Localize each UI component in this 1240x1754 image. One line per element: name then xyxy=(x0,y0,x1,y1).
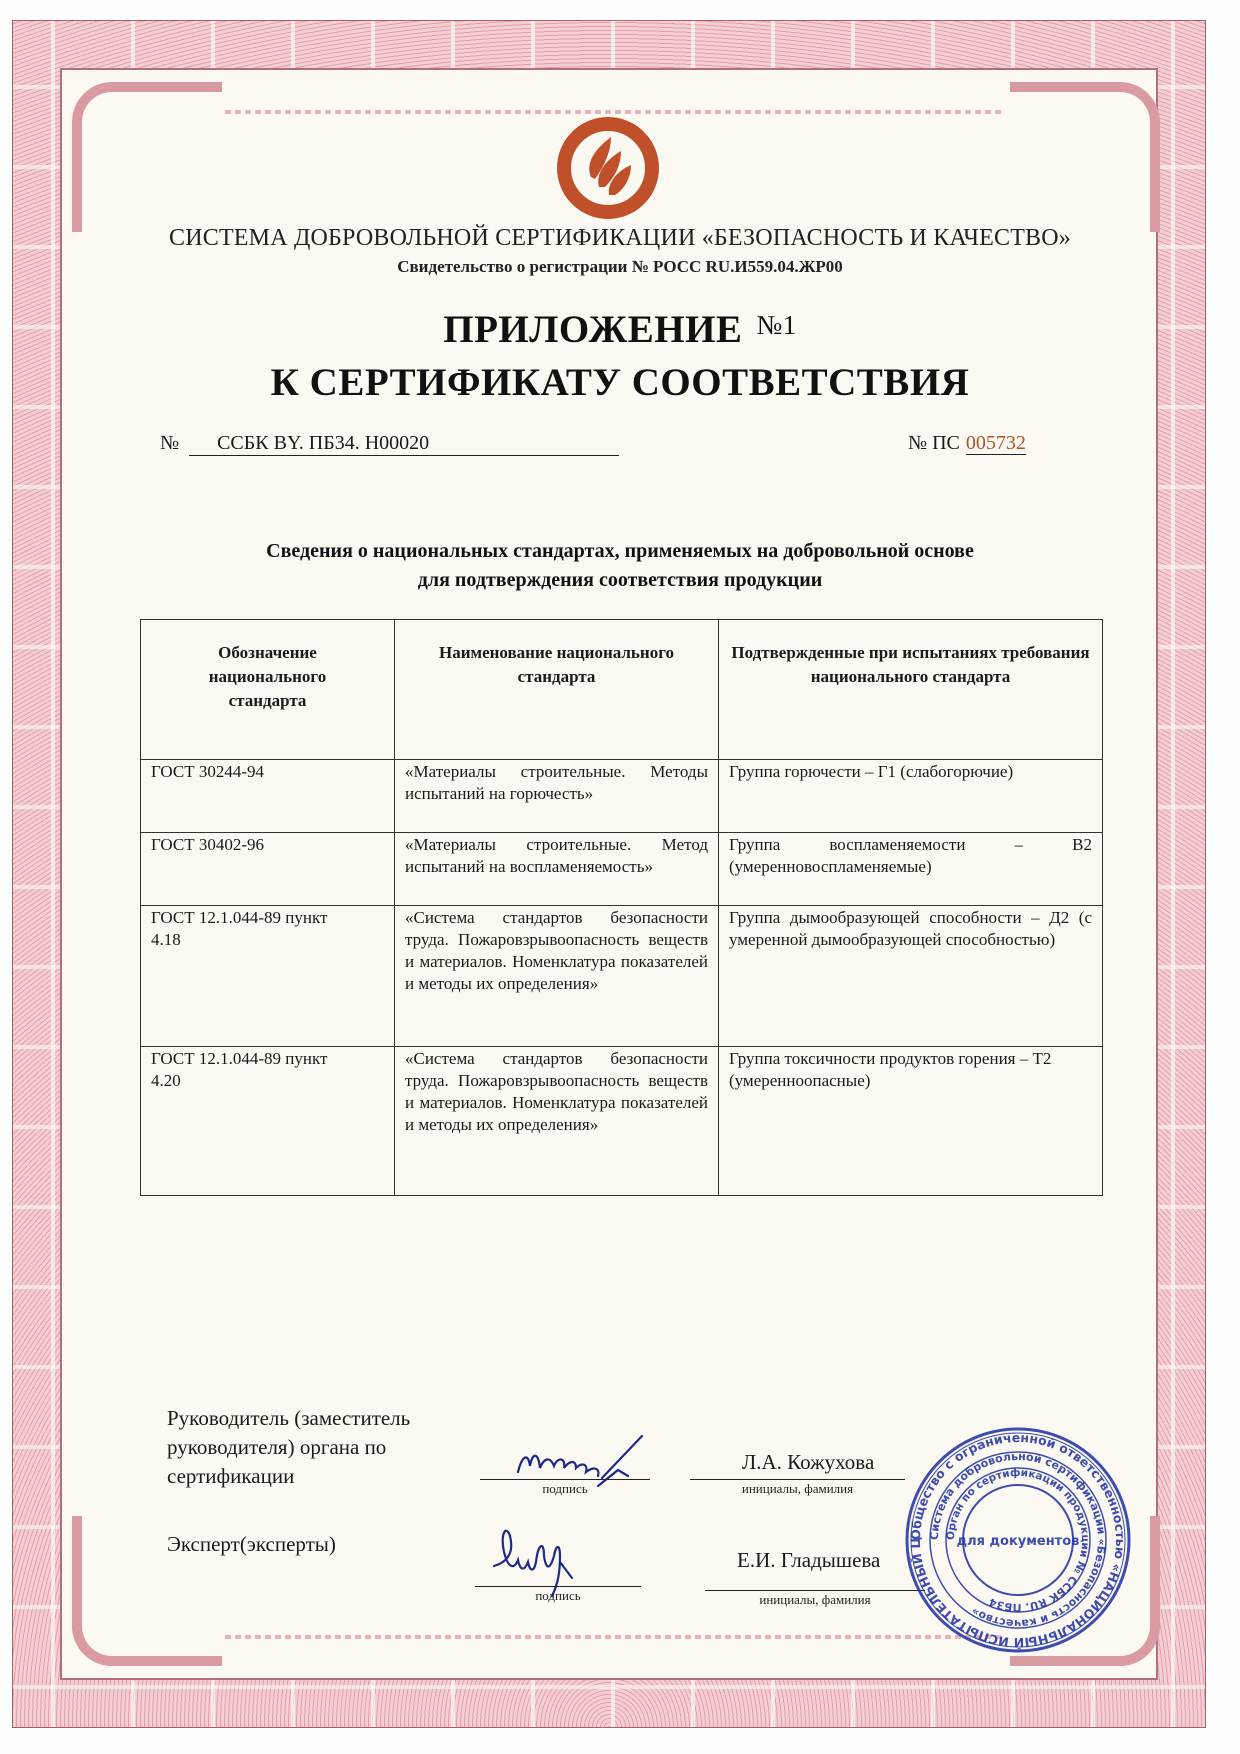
table-row: ГОСТ 12.1.044-89 пункт 4.18 «Система ста… xyxy=(141,906,1103,1047)
title-text: ПРИЛОЖЕНИЕ xyxy=(443,308,742,351)
appendix-number: №1 xyxy=(756,310,796,340)
section-heading: Сведения о национальных стандартах, прим… xyxy=(130,537,1110,595)
designation-cell: ГОСТ 30244-94 xyxy=(141,760,395,833)
requirement-cell: Группа токсичности продуктов горения – Т… xyxy=(719,1047,1103,1196)
registration-number: Свидетельство о регистрации № РОСС RU.И5… xyxy=(0,257,1240,277)
standard-name-cell: «Система стандартов безопасности труда. … xyxy=(395,906,719,1047)
table-row: ГОСТ 30402-96 «Материалы строительные. М… xyxy=(141,833,1103,906)
ps-label: № ПС xyxy=(908,432,960,454)
requirement-cell: Группа дымообразующей способности – Д2 (… xyxy=(719,906,1103,1047)
certificate-number-field: №ССБК BY. ПБ34. Н00020 xyxy=(160,432,619,456)
expert-name-caption: инициалы, фамилия xyxy=(705,1590,925,1608)
certificate-number: ССБК BY. ПБ34. Н00020 xyxy=(189,432,619,456)
document-title: ПРИЛОЖЕНИЕ№1 xyxy=(0,307,1240,352)
decorative-chain-bottom xyxy=(225,1635,1005,1639)
designation-cell: ГОСТ 12.1.044-89 пункт 4.18 xyxy=(141,906,395,1047)
ps-number: 005732 xyxy=(966,432,1026,455)
corner-ornament-top-left xyxy=(72,82,222,232)
standard-name-cell: «Материалы строительные. Метод испытаний… xyxy=(395,833,719,906)
column-header-requirements: Подтвержденные при испытаниях требования… xyxy=(719,620,1103,760)
table-row: ГОСТ 30244-94 «Материалы строительные. М… xyxy=(141,760,1103,833)
column-header-designation: Обозначение национального стандарта xyxy=(141,620,395,760)
head-signature-caption: подпись xyxy=(480,1479,650,1497)
section-heading-line-2: для подтверждения соответствия продукции xyxy=(130,566,1110,595)
official-stamp: Общество с ограниченной ответственностью… xyxy=(903,1425,1133,1655)
column-header-name: Наименование национального стандарта xyxy=(395,620,719,760)
head-full-name: Л.А. Кожухова xyxy=(742,1450,874,1475)
decorative-chain-top xyxy=(225,110,1005,114)
requirement-cell: Группа горючести – Г1 (слабогорючие) xyxy=(719,760,1103,833)
designation-cell: ГОСТ 12.1.044-89 пункт 4.20 xyxy=(141,1047,395,1196)
expert-signature-caption: подпись xyxy=(475,1586,641,1604)
designation-cell: ГОСТ 30402-96 xyxy=(141,833,395,906)
certification-system-title: СИСТЕМА ДОБРОВОЛЬНОЙ СЕРТИФИКАЦИИ «БЕЗОП… xyxy=(0,225,1240,252)
standards-table: Обозначение национального стандарта Наим… xyxy=(140,619,1103,1196)
document-subtitle: К СЕРТИФИКАТУ СООТВЕТСТВИЯ xyxy=(0,360,1240,405)
head-role-label: Руководитель (заместитель руководителя) … xyxy=(167,1404,457,1491)
expert-full-name: Е.И. Гладышева xyxy=(737,1548,880,1573)
section-heading-line-1: Сведения о национальных стандартах, прим… xyxy=(130,537,1110,566)
head-name-caption: инициалы, фамилия xyxy=(690,1479,905,1497)
blank-number-field: № ПС005732 xyxy=(908,432,1026,455)
standard-name-cell: «Материалы строительные. Методы испытани… xyxy=(395,760,719,833)
table-header-row: Обозначение национального стандарта Наим… xyxy=(141,620,1103,760)
expert-role-label: Эксперт(эксперты) xyxy=(167,1530,336,1559)
flame-in-circle-icon xyxy=(555,115,661,221)
stamp-center-text: для документов xyxy=(957,1534,1080,1549)
standard-name-cell: «Система стандартов безопасности труда. … xyxy=(395,1047,719,1196)
number-sign: № xyxy=(160,432,179,454)
corner-ornament-top-right xyxy=(1010,82,1160,232)
requirement-cell: Группа воспламеняемости – В2 (умеренново… xyxy=(719,833,1103,906)
table-row: ГОСТ 12.1.044-89 пункт 4.20 «Система ста… xyxy=(141,1047,1103,1196)
